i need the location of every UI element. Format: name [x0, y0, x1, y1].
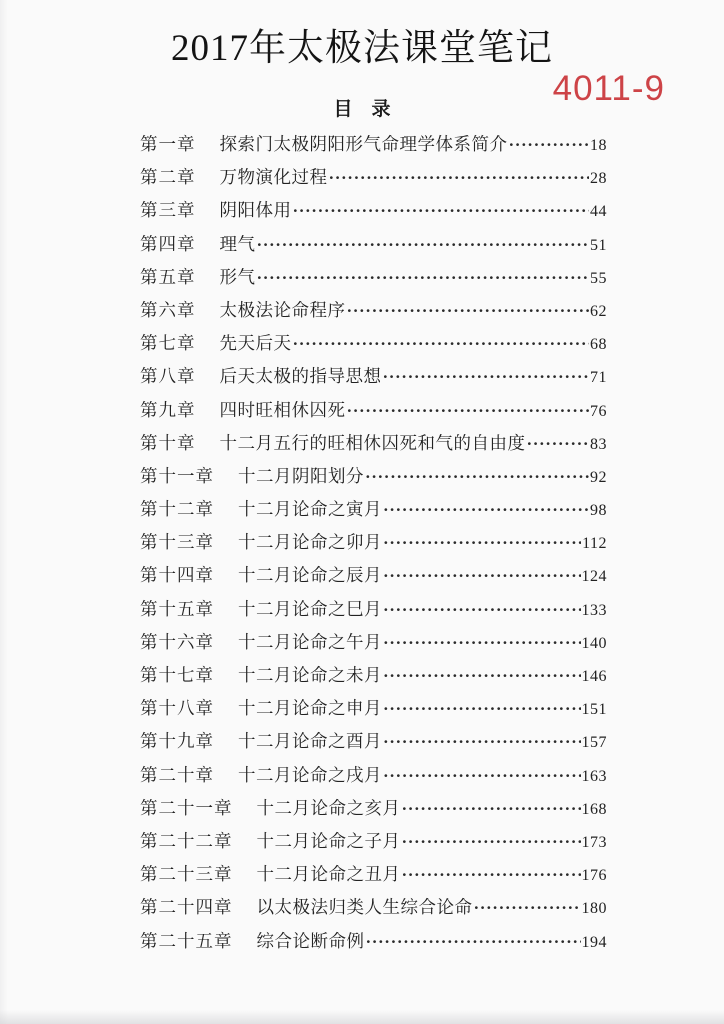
toc-chapter-label: 第六章 — [140, 294, 196, 327]
toc-dot-leader: ········································… — [293, 327, 590, 360]
toc-dot-leader: ········································… — [293, 194, 590, 227]
toc-row: 第十三章十二月论命之卯月····························… — [140, 526, 607, 559]
toc-entry-title: 十二月论命之子月 — [257, 825, 401, 858]
toc-entry-title: 十二月论命之辰月 — [238, 559, 382, 592]
toc-dot-leader: ········································… — [383, 626, 581, 659]
toc-dot-leader: ········································… — [383, 493, 589, 526]
toc-entry-title: 形气 — [220, 261, 256, 294]
toc-page-number: 146 — [582, 660, 608, 693]
toc-entry-title: 十二月论命之午月 — [238, 626, 382, 659]
toc-row: 第二十章十二月论命之戌月····························… — [140, 759, 607, 792]
toc-page-number: 176 — [582, 859, 608, 892]
toc-chapter-label: 第二十五章 — [140, 925, 233, 958]
toc-chapter-label: 第十章 — [140, 427, 196, 460]
toc-dot-leader: ········································… — [257, 228, 590, 261]
toc-row: 第六章太极法论命程序······························… — [140, 294, 607, 327]
toc-page-number: 62 — [590, 295, 607, 328]
toc-chapter-label: 第二章 — [140, 161, 196, 194]
toc-row: 第十六章十二月论命之午月····························… — [140, 626, 607, 659]
toc-entry-title: 综合论断命例 — [257, 925, 365, 958]
toc-chapter-label: 第七章 — [140, 327, 196, 360]
page-title: 2017年太极法课堂笔记 — [0, 17, 724, 71]
toc-entry-title: 万物演化过程 — [220, 161, 328, 194]
toc-dot-leader: ········································… — [347, 294, 590, 327]
toc-page-number: 83 — [590, 428, 607, 461]
toc-entry-title: 十二月论命之亥月 — [257, 792, 401, 825]
toc-chapter-label: 第十四章 — [140, 559, 214, 592]
toc-row: 第十八章十二月论命之申月····························… — [140, 692, 607, 725]
toc-chapter-label: 第五章 — [140, 261, 196, 294]
toc-row: 第十七章十二月论命之未月····························… — [140, 659, 607, 692]
toc-row: 第一章探索门太极阴阳形气命理学体系简介·····················… — [140, 128, 607, 161]
toc-page-number: 173 — [582, 826, 608, 859]
toc-chapter-label: 第四章 — [140, 228, 196, 261]
toc-dot-leader: ········································… — [383, 593, 581, 626]
toc-page-number: 28 — [590, 162, 607, 195]
toc-chapter-label: 第二十三章 — [140, 858, 233, 891]
toc-dot-leader: ········································… — [347, 394, 590, 427]
toc-row: 第九章四时旺相休囚死······························… — [140, 394, 607, 427]
toc-dot-leader: ········································… — [365, 460, 589, 493]
toc-dot-leader: ········································… — [474, 891, 581, 924]
toc-entry-title: 十二月论命之酉月 — [238, 725, 382, 758]
toc-row: 第三章阴阳体用·································… — [140, 194, 607, 227]
toc-page-number: 68 — [590, 328, 607, 361]
toc-chapter-label: 第十五章 — [140, 593, 214, 626]
toc-page-number: 55 — [590, 262, 607, 295]
toc-row: 第二章万物演化过程·······························… — [140, 161, 607, 194]
toc-row: 第二十三章十二月论命之丑月···························… — [140, 858, 607, 891]
toc-page-number: 112 — [582, 527, 607, 560]
toc-page-number: 76 — [590, 395, 607, 428]
toc-entry-title: 太极法论命程序 — [220, 294, 346, 327]
toc-dot-leader: ········································… — [402, 792, 581, 825]
toc-dot-leader: ········································… — [383, 759, 581, 792]
toc-page-number: 124 — [582, 560, 608, 593]
toc-row: 第五章形气···································… — [140, 261, 607, 294]
toc-dot-leader: ········································… — [329, 161, 590, 194]
toc-chapter-label: 第十三章 — [140, 526, 214, 559]
toc-dot-leader: ········································… — [383, 659, 581, 692]
toc-page-number: 157 — [582, 726, 608, 759]
toc-page-number: 151 — [582, 693, 608, 726]
toc-chapter-label: 第三章 — [140, 194, 196, 227]
toc-entry-title: 十二月论命之丑月 — [257, 858, 401, 891]
toc-page-number: 133 — [582, 594, 608, 627]
toc-entry-title: 以太极法归类人生综合论命 — [257, 891, 473, 924]
toc-dot-leader: ········································… — [383, 360, 590, 393]
toc-entry-title: 十二月论命之巳月 — [238, 593, 382, 626]
toc-page-number: 92 — [590, 461, 607, 494]
toc-chapter-label: 第十八章 — [140, 692, 214, 725]
toc-page-number: 140 — [582, 627, 608, 660]
toc-entry-title: 十二月论命之戌月 — [238, 759, 382, 792]
toc-page-number: 18 — [590, 129, 607, 162]
toc-entry-title: 十二月阴阳划分 — [238, 460, 364, 493]
toc-dot-leader: ········································… — [383, 725, 581, 758]
toc-page-number: 44 — [590, 195, 607, 228]
toc-chapter-label: 第十七章 — [140, 659, 214, 692]
toc-row: 第二十一章十二月论命之亥月···························… — [140, 792, 607, 825]
toc-chapter-label: 第十九章 — [140, 725, 214, 758]
toc-entry-title: 先天后天 — [220, 327, 292, 360]
toc-heading: 目 录 — [0, 94, 724, 121]
toc-dot-leader: ········································… — [509, 128, 590, 161]
toc-chapter-label: 第十六章 — [140, 626, 214, 659]
toc-page-number: 71 — [590, 361, 607, 394]
toc-entry-title: 十二月论命之寅月 — [238, 493, 382, 526]
toc-entry-title: 十二月论命之申月 — [238, 692, 382, 725]
toc-entry-title: 十二月论命之卯月 — [238, 526, 382, 559]
toc-chapter-label: 第二十二章 — [140, 825, 233, 858]
toc-entry-title: 十二月论命之未月 — [238, 659, 382, 692]
toc-dot-leader: ········································… — [402, 858, 581, 891]
toc-row: 第二十二章十二月论命之子月···························… — [140, 825, 607, 858]
toc-chapter-label: 第二十四章 — [140, 891, 233, 924]
toc-entry-title: 十二月五行的旺相休囚死和气的自由度 — [220, 427, 526, 460]
toc-row: 第十二章十二月论命之寅月····························… — [140, 493, 607, 526]
toc-chapter-label: 第二十一章 — [140, 792, 233, 825]
toc-dot-leader: ········································… — [383, 692, 581, 725]
toc-chapter-label: 第九章 — [140, 394, 196, 427]
toc-page-number: 98 — [590, 494, 607, 527]
toc-row: 第四章理气···································… — [140, 228, 607, 261]
toc-chapter-label: 第十一章 — [140, 460, 214, 493]
toc-row: 第八章后天太极的指导思想····························… — [140, 360, 607, 393]
toc-row: 第二十五章综合论断命例·····························… — [140, 925, 607, 958]
toc-dot-leader: ········································… — [402, 825, 581, 858]
toc-row: 第二十四章以太极法归类人生综合论命·······················… — [140, 891, 607, 924]
toc-page-number: 180 — [582, 892, 608, 925]
toc-entry-title: 阴阳体用 — [220, 194, 292, 227]
toc-row: 第十五章十二月论命之巳月····························… — [140, 593, 607, 626]
toc-chapter-label: 第十二章 — [140, 493, 214, 526]
toc-dot-leader: ········································… — [257, 261, 590, 294]
toc-entry-title: 理气 — [220, 228, 256, 261]
toc-page-number: 51 — [590, 229, 607, 262]
toc-row: 第十一章十二月阴阳划分·····························… — [140, 460, 607, 493]
toc-list: 第一章探索门太极阴阳形气命理学体系简介·····················… — [140, 128, 607, 958]
toc-page-number: 168 — [582, 793, 608, 826]
toc-entry-title: 后天太极的指导思想 — [220, 360, 382, 393]
toc-chapter-label: 第八章 — [140, 360, 196, 393]
toc-row: 第七章先天后天·································… — [140, 327, 607, 360]
toc-chapter-label: 第二十章 — [140, 759, 214, 792]
document-page: 2017年太极法课堂笔记 4011-9 目 录 第一章探索门太极阴阳形气命理学体… — [0, 0, 724, 1024]
toc-row: 第十九章十二月论命之酉月····························… — [140, 725, 607, 758]
toc-dot-leader: ········································… — [527, 427, 590, 460]
toc-page-number: 163 — [582, 760, 608, 793]
toc-dot-leader: ········································… — [383, 559, 581, 592]
toc-row: 第十四章十二月论命之辰月····························… — [140, 559, 607, 592]
toc-entry-title: 四时旺相休囚死 — [220, 394, 346, 427]
toc-dot-leader: ········································… — [383, 526, 581, 559]
toc-chapter-label: 第一章 — [140, 128, 196, 161]
toc-dot-leader: ········································… — [366, 925, 581, 958]
toc-row: 第十章十二月五行的旺相休囚死和气的自由度····················… — [140, 427, 607, 460]
toc-page-number: 194 — [582, 926, 608, 959]
toc-entry-title: 探索门太极阴阳形气命理学体系简介 — [220, 128, 508, 161]
